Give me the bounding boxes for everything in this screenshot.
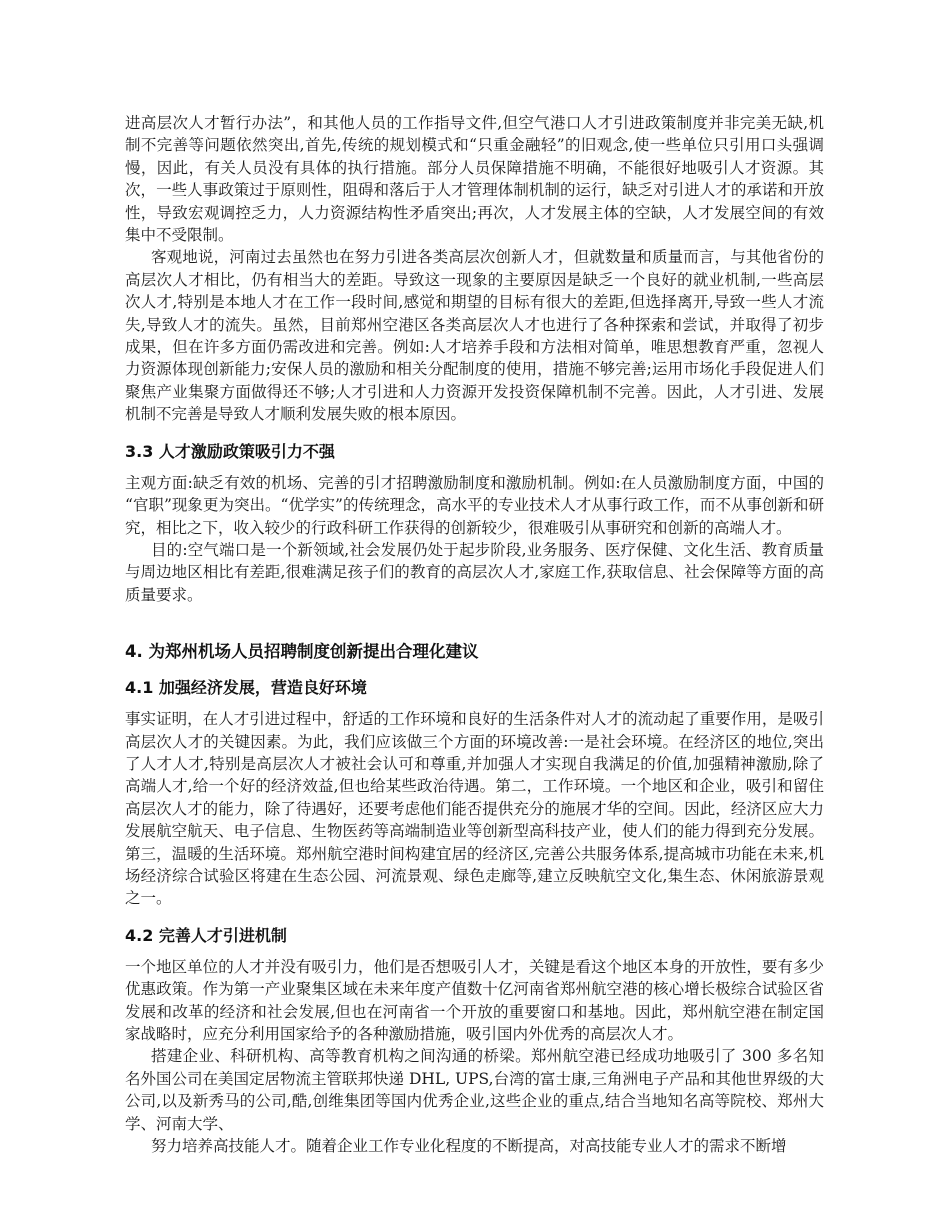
paragraph: 事实证明，在人才引进过程中，舒适的工作环境和良好的生活条件对人才的流动起了重要作… (125, 708, 824, 910)
paragraph: 目的:空气端口是一个新领域,社会发展仍处于起步阶段,业务服务、医疗保健、文化生活… (125, 539, 824, 606)
section-heading: 4.2 完善人才引进机制 (125, 925, 824, 946)
document-content: 进高层次人才暂行办法”，和其他人员的工作指导文件,但空气港口人才引进政策制度并非… (125, 112, 824, 1157)
paragraph: 搭建企业、科研机构、高等教育机构之间沟通的桥梁。郑州航空港已经成功地吸引了 30… (125, 1045, 824, 1135)
paragraph: 主观方面:缺乏有效的机场、完善的引才招聘激励制度和激励机制。例如:在人员激励制度… (125, 472, 824, 539)
paragraph: 努力培养高技能人才。随着企业工作专业化程度的不断提高，对高技能专业人才的需求不断… (125, 1135, 824, 1157)
paragraph: 一个地区单位的人才并没有吸引力，他们是否想吸引人才，关键是看这个地区本身的开放性… (125, 956, 824, 1046)
section-heading: 4. 为郑州机场人员招聘制度创新提出合理化建议 (125, 641, 824, 662)
paragraph: 进高层次人才暂行办法”，和其他人员的工作指导文件,但空气港口人才引进政策制度并非… (125, 112, 824, 246)
section-heading: 3.3 人才激励政策吸引力不强 (125, 441, 824, 462)
section-heading: 4.1 加强经济发展，营造良好环境 (125, 677, 824, 698)
paragraph: 客观地说，河南过去虽然也在努力引进各类高层次创新人才，但就数量和质量而言，与其他… (125, 246, 824, 425)
document-page: 进高层次人才暂行办法”，和其他人员的工作指导文件,但空气港口人才引进政策制度并非… (0, 0, 952, 1232)
